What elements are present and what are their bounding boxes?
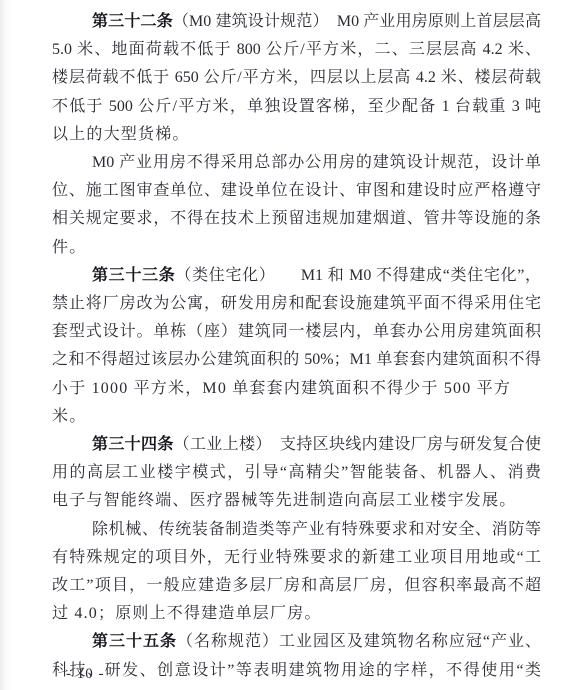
line-text: 套型式设计。单栋（座）建筑同一楼层内，单套办公用房建筑面积 <box>52 323 541 340</box>
text-line: 有特殊规定的项目外，无行业特殊要求的新建工业项目用地或“工 <box>52 544 541 572</box>
line-text: （M0 建筑设计规范） M0 产业用房原则上首层层高 <box>173 13 541 30</box>
line-text: 相关规定要求，不得在技术上预留违规加建烟道、管井等设施的条 <box>52 210 541 227</box>
article-number: 第三十五条 <box>92 633 177 650</box>
page-number: - 10 - <box>66 666 105 683</box>
text-line: 第三十二条（M0 建筑设计规范） M0 产业用房原则上首层层高 <box>52 8 541 36</box>
text-line: 件。 <box>52 234 541 262</box>
line-text: M0 产业用房不得采用总部办公用房的建筑设计规范，设计单 <box>92 154 541 171</box>
document-page: 第三十二条（M0 建筑设计规范） M0 产业用房原则上首层层高5.0 米、地面荷… <box>0 0 588 690</box>
text-line: 之和不得超过该层办公建筑面积的 50%；M1 单套套内建筑面积不得 <box>52 346 541 374</box>
line-text: 有特殊规定的项目外，无行业特殊要求的新建工业项目用地或“工 <box>52 549 541 566</box>
text-line: 电子与智能终端、医疗器械等先进制造向高层工业楼宇发展。 <box>52 487 541 515</box>
line-text: 以上的大型货梯。 <box>52 126 190 143</box>
line-text: 不低于 500 公斤/平方米，单独设置客梯，至少配备 1 台载重 3 吨 <box>52 98 541 115</box>
text-line: 用的高层工业楼宇模式，引导“高精尖”智能装备、机器人、消费 <box>52 459 541 487</box>
line-text: 5.0 米、地面荷载不低于 800 公斤/平方米，二、三层层高 4.2 米、 <box>52 41 541 58</box>
text-line: M0 产业用房不得采用总部办公用房的建筑设计规范，设计单 <box>52 149 541 177</box>
text-line: 科技、研发、创意设计”等表明建筑物用途的字样，不得使用“类 <box>52 657 541 685</box>
text-line: 不低于 500 公斤/平方米，单独设置客梯，至少配备 1 台载重 3 吨 <box>52 93 541 121</box>
line-text: 位、施工图审查单位、建设单位在设计、审图和建设时应严格遵守 <box>52 182 541 199</box>
text-line: 以上的大型货梯。 <box>52 121 541 149</box>
line-text: 科技、研发、创意设计”等表明建筑物用途的字样，不得使用“类 <box>52 662 541 679</box>
text-line: 相关规定要求，不得在技术上预留违规加建烟道、管井等设施的条 <box>52 205 541 233</box>
text-line: 楼层荷载不低于 650 公斤/平方米，四层以上层高 4.2 米、楼层荷载 <box>52 64 541 92</box>
text-line: 第三十五条（名称规范）工业园区及建筑物名称应冠“产业、 <box>52 628 541 656</box>
article-number: 第三十三条 <box>92 267 175 284</box>
line-text: 改工”项目，一般应建造多层厂房和高层厂房，但容积率最高不超 <box>52 577 541 594</box>
text-line: 小于 1000 平方米，M0 单套套内建筑面积不得少于 500 平方米。 <box>52 375 541 431</box>
line-text: 件。 <box>52 239 86 256</box>
line-text: （名称规范）工业园区及建筑物名称应冠“产业、 <box>177 633 541 650</box>
line-text: （工业上楼） 支持区块线内建设厂房与研发复合使 <box>174 436 541 453</box>
line-text: 之和不得超过该层办公建筑面积的 50%；M1 单套套内建筑面积不得 <box>52 351 541 368</box>
text-line: 第三十四条（工业上楼） 支持区块线内建设厂房与研发复合使 <box>52 431 541 459</box>
text-line: 套型式设计。单栋（座）建筑同一楼层内，单套办公用房建筑面积 <box>52 318 541 346</box>
article-number: 第三十四条 <box>92 436 174 453</box>
text-line: 除机械、传统装备制造类等产业有特殊要求和对安全、消防等 <box>52 516 541 544</box>
text-line: 过 4.0；原则上不得建造单层厂房。 <box>52 600 541 628</box>
text-line: 5.0 米、地面荷载不低于 800 公斤/平方米，二、三层层高 4.2 米、 <box>52 36 541 64</box>
line-text: 楼层荷载不低于 650 公斤/平方米，四层以上层高 4.2 米、楼层荷载 <box>52 69 541 86</box>
line-text: 用的高层工业楼宇模式，引导“高精尖”智能装备、机器人、消费 <box>52 464 541 481</box>
text-line: 改工”项目，一般应建造多层厂房和高层厂房，但容积率最高不超 <box>52 572 541 600</box>
line-text: 禁止将厂房改为公寓，研发用房和配套设施建筑平面不得采用住宅 <box>52 295 541 312</box>
line-text: 小于 1000 平方米，M0 单套套内建筑面积不得少于 500 平方米。 <box>52 380 511 425</box>
line-text: 电子与智能终端、医疗器械等先进制造向高层工业楼宇发展。 <box>52 492 516 509</box>
document-body: 第三十二条（M0 建筑设计规范） M0 产业用房原则上首层层高5.0 米、地面荷… <box>52 8 541 685</box>
line-text: 除机械、传统装备制造类等产业有特殊要求和对安全、消防等 <box>92 521 541 538</box>
text-line: 禁止将厂房改为公寓，研发用房和配套设施建筑平面不得采用住宅 <box>52 290 541 318</box>
line-text: （类住宅化） M1 和 M0 不得建成“类住宅化”， <box>175 267 541 284</box>
text-line: 位、施工图审查单位、建设单位在设计、审图和建设时应严格遵守 <box>52 177 541 205</box>
line-text: 过 4.0；原则上不得建造单层厂房。 <box>52 605 322 622</box>
article-number: 第三十二条 <box>92 13 173 30</box>
text-line: 第三十三条（类住宅化） M1 和 M0 不得建成“类住宅化”， <box>52 262 541 290</box>
